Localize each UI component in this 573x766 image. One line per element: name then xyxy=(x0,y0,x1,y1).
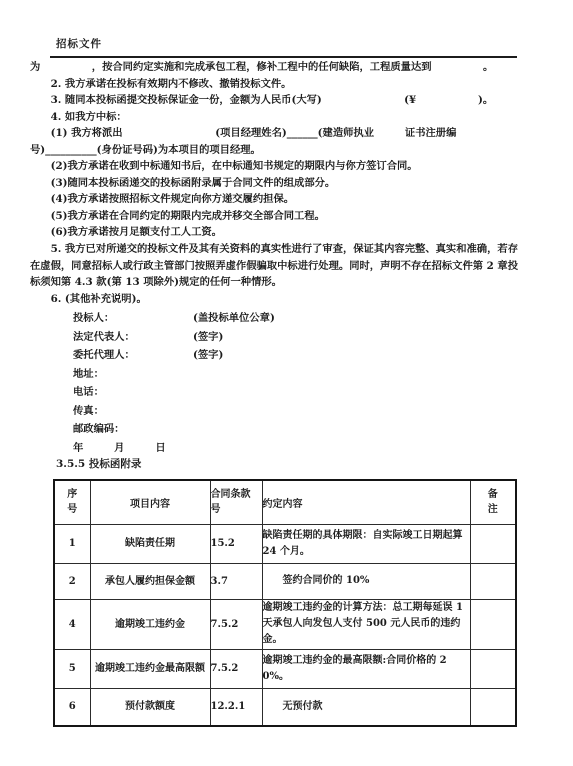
table-header-row: 序 号 项目内容 合同条款 号 约定内容 备 注 xyxy=(54,480,516,524)
table-header-content: 约定内容 xyxy=(262,480,470,524)
signature-row: 委托代理人： (签字) xyxy=(73,346,503,365)
cell-item: 逾期竣工违约金 xyxy=(90,599,210,649)
cell-content: 缺陷责任期的具体期限：自实际竣工日期起算 24 个月。 xyxy=(262,524,470,563)
bid-letter-appendix-table: 序 号 项目内容 合同条款 号 约定内容 备 注 1 缺陷责任期 15.2 缺陷… xyxy=(53,479,517,727)
body-line: 标须知第 4.3 款(第 13 项除外)规定的任何一种情形。 xyxy=(30,274,550,291)
table-row: 5 逾期竣工违约金最高限额 7.5.2 逾期竣工违约金的最高限额:合同价格的 2… xyxy=(54,649,516,688)
body-line: 2. 我方承诺在投标有效期内不修改、撤销投标文件。 xyxy=(30,76,550,93)
signature-label: 法定代表人： xyxy=(73,328,193,347)
body-line: 在虚假，同意招标人或行政主管部门按照弄虚作假骗取中标进行处理。同时，声明不存在招… xyxy=(30,258,550,275)
table-row: 4 逾期竣工违约金 7.5.2 逾期竣工违约金的计算方法：总工期每延误 1 天承… xyxy=(54,599,516,649)
signature-label: 电话： xyxy=(73,383,193,402)
signature-row: 年 月 日 xyxy=(73,439,503,458)
signature-row: 法定代表人： (签字) xyxy=(73,328,503,347)
cell-no: 1 xyxy=(54,524,90,563)
body-line: (1) 我方将派出 (项目经理姓名)______(建造师执业 证书注册编 xyxy=(30,125,550,142)
cell-clause: 15.2 xyxy=(210,524,262,563)
signature-value: (签字) xyxy=(193,328,223,347)
cell-note xyxy=(470,599,516,649)
cell-clause: 7.5.2 xyxy=(210,599,262,649)
body-line: 5. 我方已对所递交的投标文件及其有关资料的真实性进行了审查，保证其内容完整、真… xyxy=(30,241,550,258)
document-page: 招标文件 为 ，按合同约定实施和完成承包工程，修补工程中的任何缺陷，工程质量达到… xyxy=(0,0,573,766)
signature-label: 邮政编码： xyxy=(73,420,193,439)
table-header-note: 备 注 xyxy=(470,480,516,524)
cell-content: 逾期竣工违约金的计算方法：总工期每延误 1 天承包人向发包人支付 500 元人民… xyxy=(262,599,470,649)
cell-content: 逾期竣工违约金的最高限额:合同价格的 20%。 xyxy=(262,649,470,688)
table-row: 1 缺陷责任期 15.2 缺陷责任期的具体期限：自实际竣工日期起算 24 个月。 xyxy=(54,524,516,563)
signature-block: 投标人： (盖投标单位公章) 法定代表人： (签字) 委托代理人： (签字) 地… xyxy=(73,309,503,457)
signature-row: 传真： xyxy=(73,402,503,421)
table-row: 6 预付款额度 12.2.1 无预付款 xyxy=(54,688,516,726)
table-row: 2 承包人履约担保金额 3.7 签约合同价的 10% xyxy=(54,563,516,599)
cell-content: 签约合同价的 10% xyxy=(262,563,470,599)
body-line: 4. 如我方中标： xyxy=(30,109,550,126)
cell-no: 5 xyxy=(54,649,90,688)
cell-no: 4 xyxy=(54,599,90,649)
cell-note xyxy=(470,688,516,726)
cell-no: 2 xyxy=(54,563,90,599)
signature-label: 传真： xyxy=(73,402,193,421)
signature-row: 邮政编码： xyxy=(73,420,503,439)
body-line: 3. 随同本投标函提交投标保证金一份，金额为人民币(大写) (¥ )。 xyxy=(30,92,550,109)
cell-clause: 7.5.2 xyxy=(210,649,262,688)
body-line: (2)我方承诺在收到中标通知书后，在中标通知书规定的期限内与你方签订合同。 xyxy=(30,158,550,175)
cell-note xyxy=(470,524,516,563)
signature-label: 委托代理人： xyxy=(73,346,193,365)
table-header-item: 项目内容 xyxy=(90,480,210,524)
body-paragraphs: 为 ，按合同约定实施和完成承包工程，修补工程中的任何缺陷，工程质量达到 。 2.… xyxy=(30,59,550,307)
cell-item: 缺陷责任期 xyxy=(90,524,210,563)
cell-item: 承包人履约担保金额 xyxy=(90,563,210,599)
signature-row: 投标人： (盖投标单位公章) xyxy=(73,309,503,328)
table-header-clause: 合同条款 号 xyxy=(210,480,262,524)
body-line: 6. (其他补充说明)。 xyxy=(30,291,550,308)
cell-clause: 3.7 xyxy=(210,563,262,599)
appendix-section-title: 3.5.5 投标函附录 xyxy=(56,456,141,471)
signature-row: 地址： xyxy=(73,365,503,384)
doc-header-label: 招标文件 xyxy=(56,36,102,51)
body-line: (5)我方承诺在合同约定的期限内完成并移交全部合同工程。 xyxy=(30,208,550,225)
signature-value: (签字) xyxy=(193,346,223,365)
cell-note xyxy=(470,563,516,599)
signature-label: 年 月 日 xyxy=(73,439,193,458)
body-line: (4)我方承诺按照招标文件规定向你方递交履约担保。 xyxy=(30,191,550,208)
cell-note xyxy=(470,649,516,688)
table-header-no: 序 号 xyxy=(54,480,90,524)
cell-item: 逾期竣工违约金最高限额 xyxy=(90,649,210,688)
signature-label: 地址： xyxy=(73,365,193,384)
signature-value: (盖投标单位公章) xyxy=(193,309,275,328)
body-line: (3)随同本投标函递交的投标函附录属于合同文件的组成部分。 xyxy=(30,175,550,192)
signature-row: 电话： xyxy=(73,383,503,402)
body-line: 为 ，按合同约定实施和完成承包工程，修补工程中的任何缺陷，工程质量达到 。 xyxy=(30,59,550,76)
cell-content: 无预付款 xyxy=(262,688,470,726)
cell-no: 6 xyxy=(54,688,90,726)
header-divider xyxy=(50,56,517,58)
cell-item: 预付款额度 xyxy=(90,688,210,726)
cell-clause: 12.2.1 xyxy=(210,688,262,726)
body-line: (6)我方承诺按月足额支付工人工资。 xyxy=(30,224,550,241)
signature-label: 投标人： xyxy=(73,309,193,328)
body-line: 号)__________(身份证号码)为本项目的项目经理。 xyxy=(30,142,550,159)
